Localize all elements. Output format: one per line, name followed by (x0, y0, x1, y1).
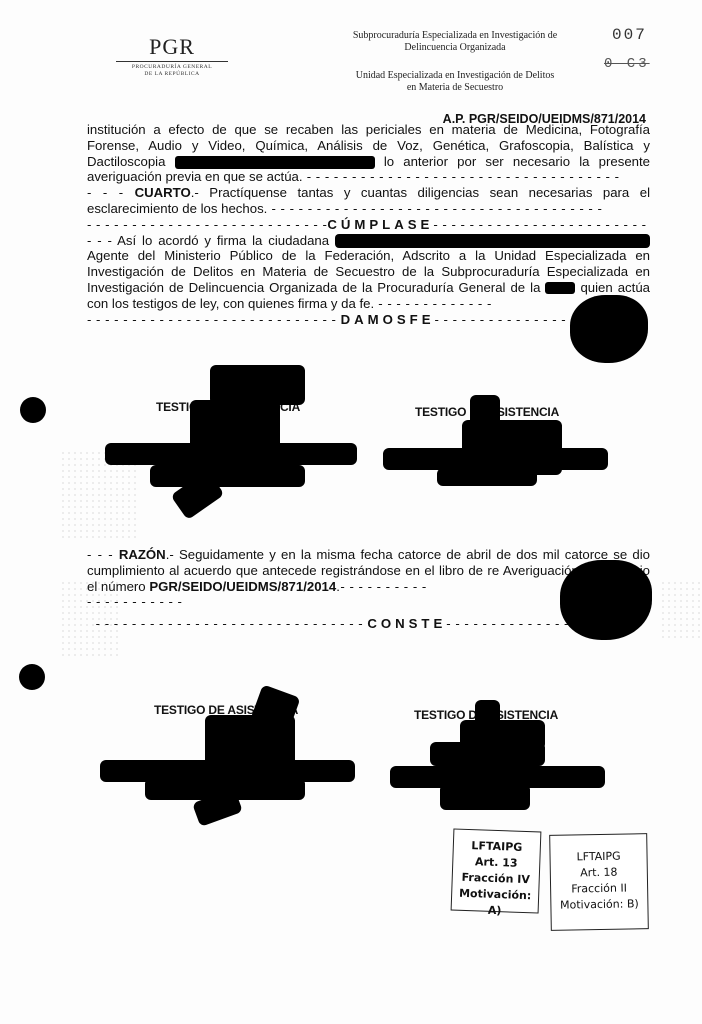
classification-stamp-a: LFTAIPG Art. 13 Fracción IV Motivación: … (451, 828, 542, 913)
signature-redaction (430, 742, 545, 766)
stamp-fraction: Fracción II (551, 880, 647, 898)
signature-redaction (150, 465, 305, 487)
razon-case-number: PGR/SEIDO/UEIDMS/871/2014 (149, 579, 336, 594)
cumplase-line: - - - - - - - - - - - - - - - - - - - - … (87, 217, 650, 233)
office-line-2: Delincuencia Organizada (330, 42, 580, 54)
paragraph-periciales: institución a efecto de que se recaben l… (87, 122, 650, 185)
scan-noise (660, 580, 700, 640)
classification-stamp-b: LFTAIPG Art. 18 Fracción II Motivación: … (549, 833, 649, 931)
stamp-motivation: Motivación: A) (451, 885, 538, 920)
cumplase-heading: CÚMPLASE (327, 217, 433, 232)
document-body: institución a efecto de que se recaben l… (87, 122, 650, 327)
conste-heading: CONSTE (367, 616, 446, 631)
redaction-bar (175, 156, 375, 169)
signoff-intro: - - - Así lo acordó y firma la ciudadana (87, 233, 329, 248)
unit-line-2: en Materia de Secuestro (330, 82, 580, 94)
logo-subtitle-2: DE LA REPÚBLICA (112, 71, 232, 78)
redaction-bar (335, 234, 650, 248)
damosfe-line: - - - - - - - - - - - - - - - - - - - - … (87, 312, 650, 328)
office-heading: Subprocuraduría Especializada en Investi… (330, 30, 580, 54)
signature-redaction (437, 468, 537, 486)
paragraph-cuarto: - - - CUARTO.- Practíquense tantas y cua… (87, 185, 650, 217)
stamp-law: LFTAIPG (550, 848, 646, 866)
folio-secondary: 0 C3 (604, 56, 650, 72)
logo-rule (116, 61, 228, 62)
logo-text: PGR (112, 36, 232, 58)
unit-line-1: Unidad Especializada en Investigación de… (330, 70, 580, 82)
redaction-blob (570, 295, 648, 363)
signature-redaction (440, 784, 530, 810)
paragraph-signoff: - - - Así lo acordó y firma la ciudadana… (87, 233, 650, 312)
stamp-motivation: Motivación: B) (551, 896, 647, 914)
cuarto-label: CUARTO (135, 185, 191, 200)
damosfe-heading: DAMOSFE (341, 312, 435, 327)
folio-number: 007 (612, 26, 647, 44)
stamp-article: Art. 18 (551, 864, 647, 882)
logo-subtitle-1: PROCURADURÍA GENERAL (112, 64, 232, 71)
hole-punch (19, 664, 45, 690)
signature-redaction (383, 448, 608, 470)
office-line-1: Subprocuraduría Especializada en Investi… (330, 30, 580, 42)
unit-heading: Unidad Especializada en Investigación de… (330, 70, 580, 94)
redaction-bar (545, 282, 575, 294)
redaction-blob (560, 560, 652, 640)
razon-label: RAZÓN (119, 547, 166, 562)
signature-redaction (105, 443, 357, 465)
pgr-logo: PGR PROCURADURÍA GENERAL DE LA REPÚBLICA (112, 36, 232, 78)
hole-punch (20, 397, 46, 423)
signature-redaction (210, 365, 305, 405)
